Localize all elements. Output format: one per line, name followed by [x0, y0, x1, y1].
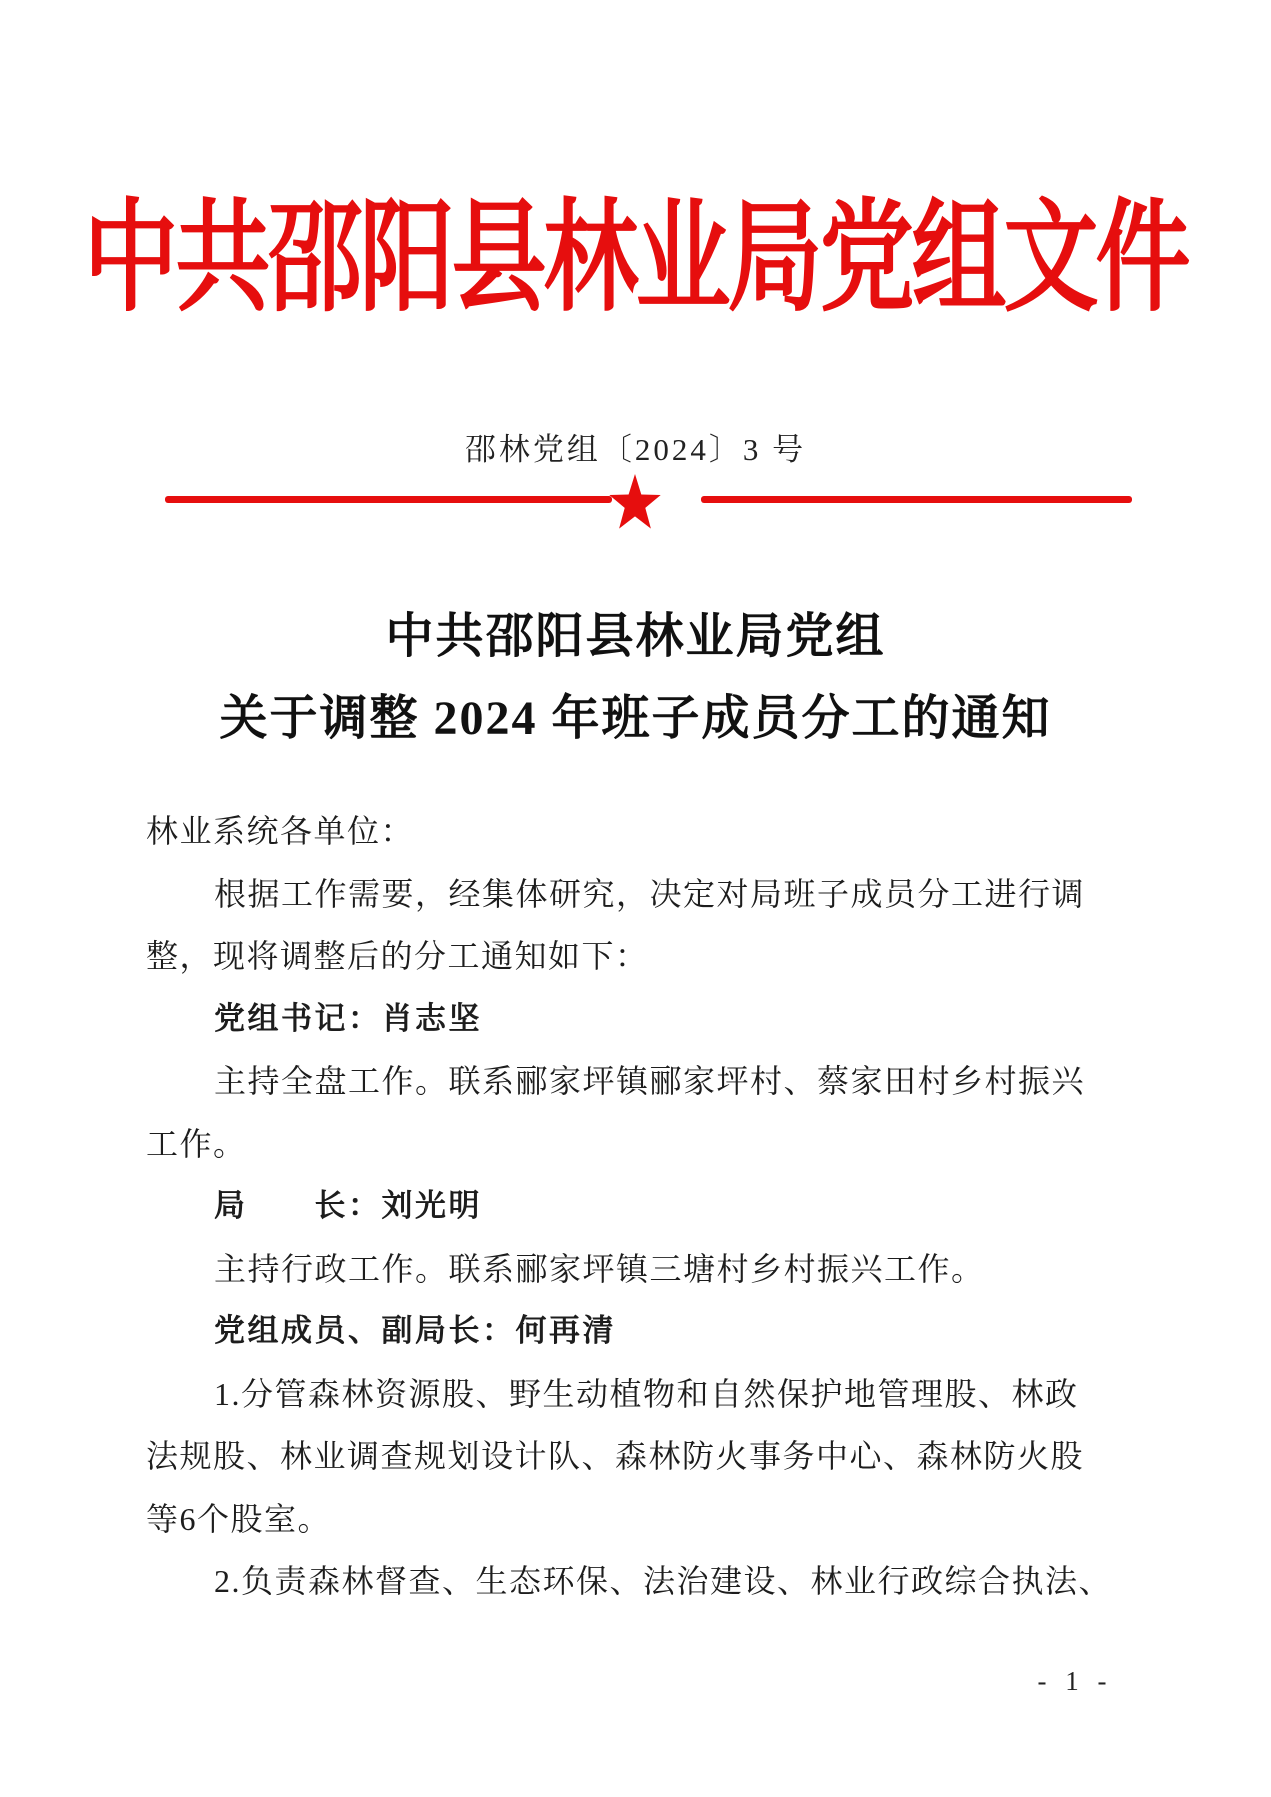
body-line: 法规股、林业调查规划设计队、森林防火事务中心、森林防火股	[146, 1425, 1128, 1488]
body-line: 主持全盘工作。联系郦家坪镇郦家坪村、蔡家田村乡村振兴	[146, 1050, 1128, 1113]
document-title-line2: 关于调整 2024 年班子成员分工的通知	[0, 678, 1271, 760]
body-line: 1.分管森林资源股、野生动植物和自然保护地管理股、林政	[146, 1363, 1128, 1426]
body-line: 林业系统各单位：	[146, 800, 1128, 863]
red-divider-line-right	[701, 496, 1132, 503]
page-number: - 1 -	[1020, 1666, 1130, 1697]
body-line: 工作。	[146, 1113, 1128, 1176]
red-divider-line-left	[165, 496, 612, 503]
star-icon	[608, 474, 662, 530]
body-line: 2.负责森林督查、生态环保、法治建设、林业行政综合执法、	[146, 1550, 1128, 1613]
document-number: 邵林党组〔2024〕3 号	[0, 424, 1271, 469]
red-letterhead-title: 中共邵阳县林业局党组文件	[0, 196, 1271, 324]
body-lines: 林业系统各单位：根据工作需要，经集体研究，决定对局班子成员分工进行调整，现将调整…	[146, 800, 1128, 1613]
body-line: 等6个股室。	[146, 1488, 1128, 1551]
body-line: 局 长：刘光明	[146, 1175, 1128, 1238]
body-line: 主持行政工作。联系郦家坪镇三塘村乡村振兴工作。	[146, 1238, 1128, 1301]
document-title-line1: 中共邵阳县林业局党组	[0, 596, 1271, 678]
body-line: 根据工作需要，经集体研究，决定对局班子成员分工进行调	[146, 863, 1128, 926]
document-page: 中共邵阳县林业局党组文件 邵林党组〔2024〕3 号 中共邵阳县林业局党组 关于…	[0, 0, 1271, 1797]
body-line: 整，现将调整后的分工通知如下：	[146, 925, 1128, 988]
body-line: 党组成员、副局长：何再清	[146, 1300, 1128, 1363]
body-line: 党组书记：肖志坚	[146, 988, 1128, 1051]
document-title: 中共邵阳县林业局党组 关于调整 2024 年班子成员分工的通知	[0, 596, 1271, 760]
